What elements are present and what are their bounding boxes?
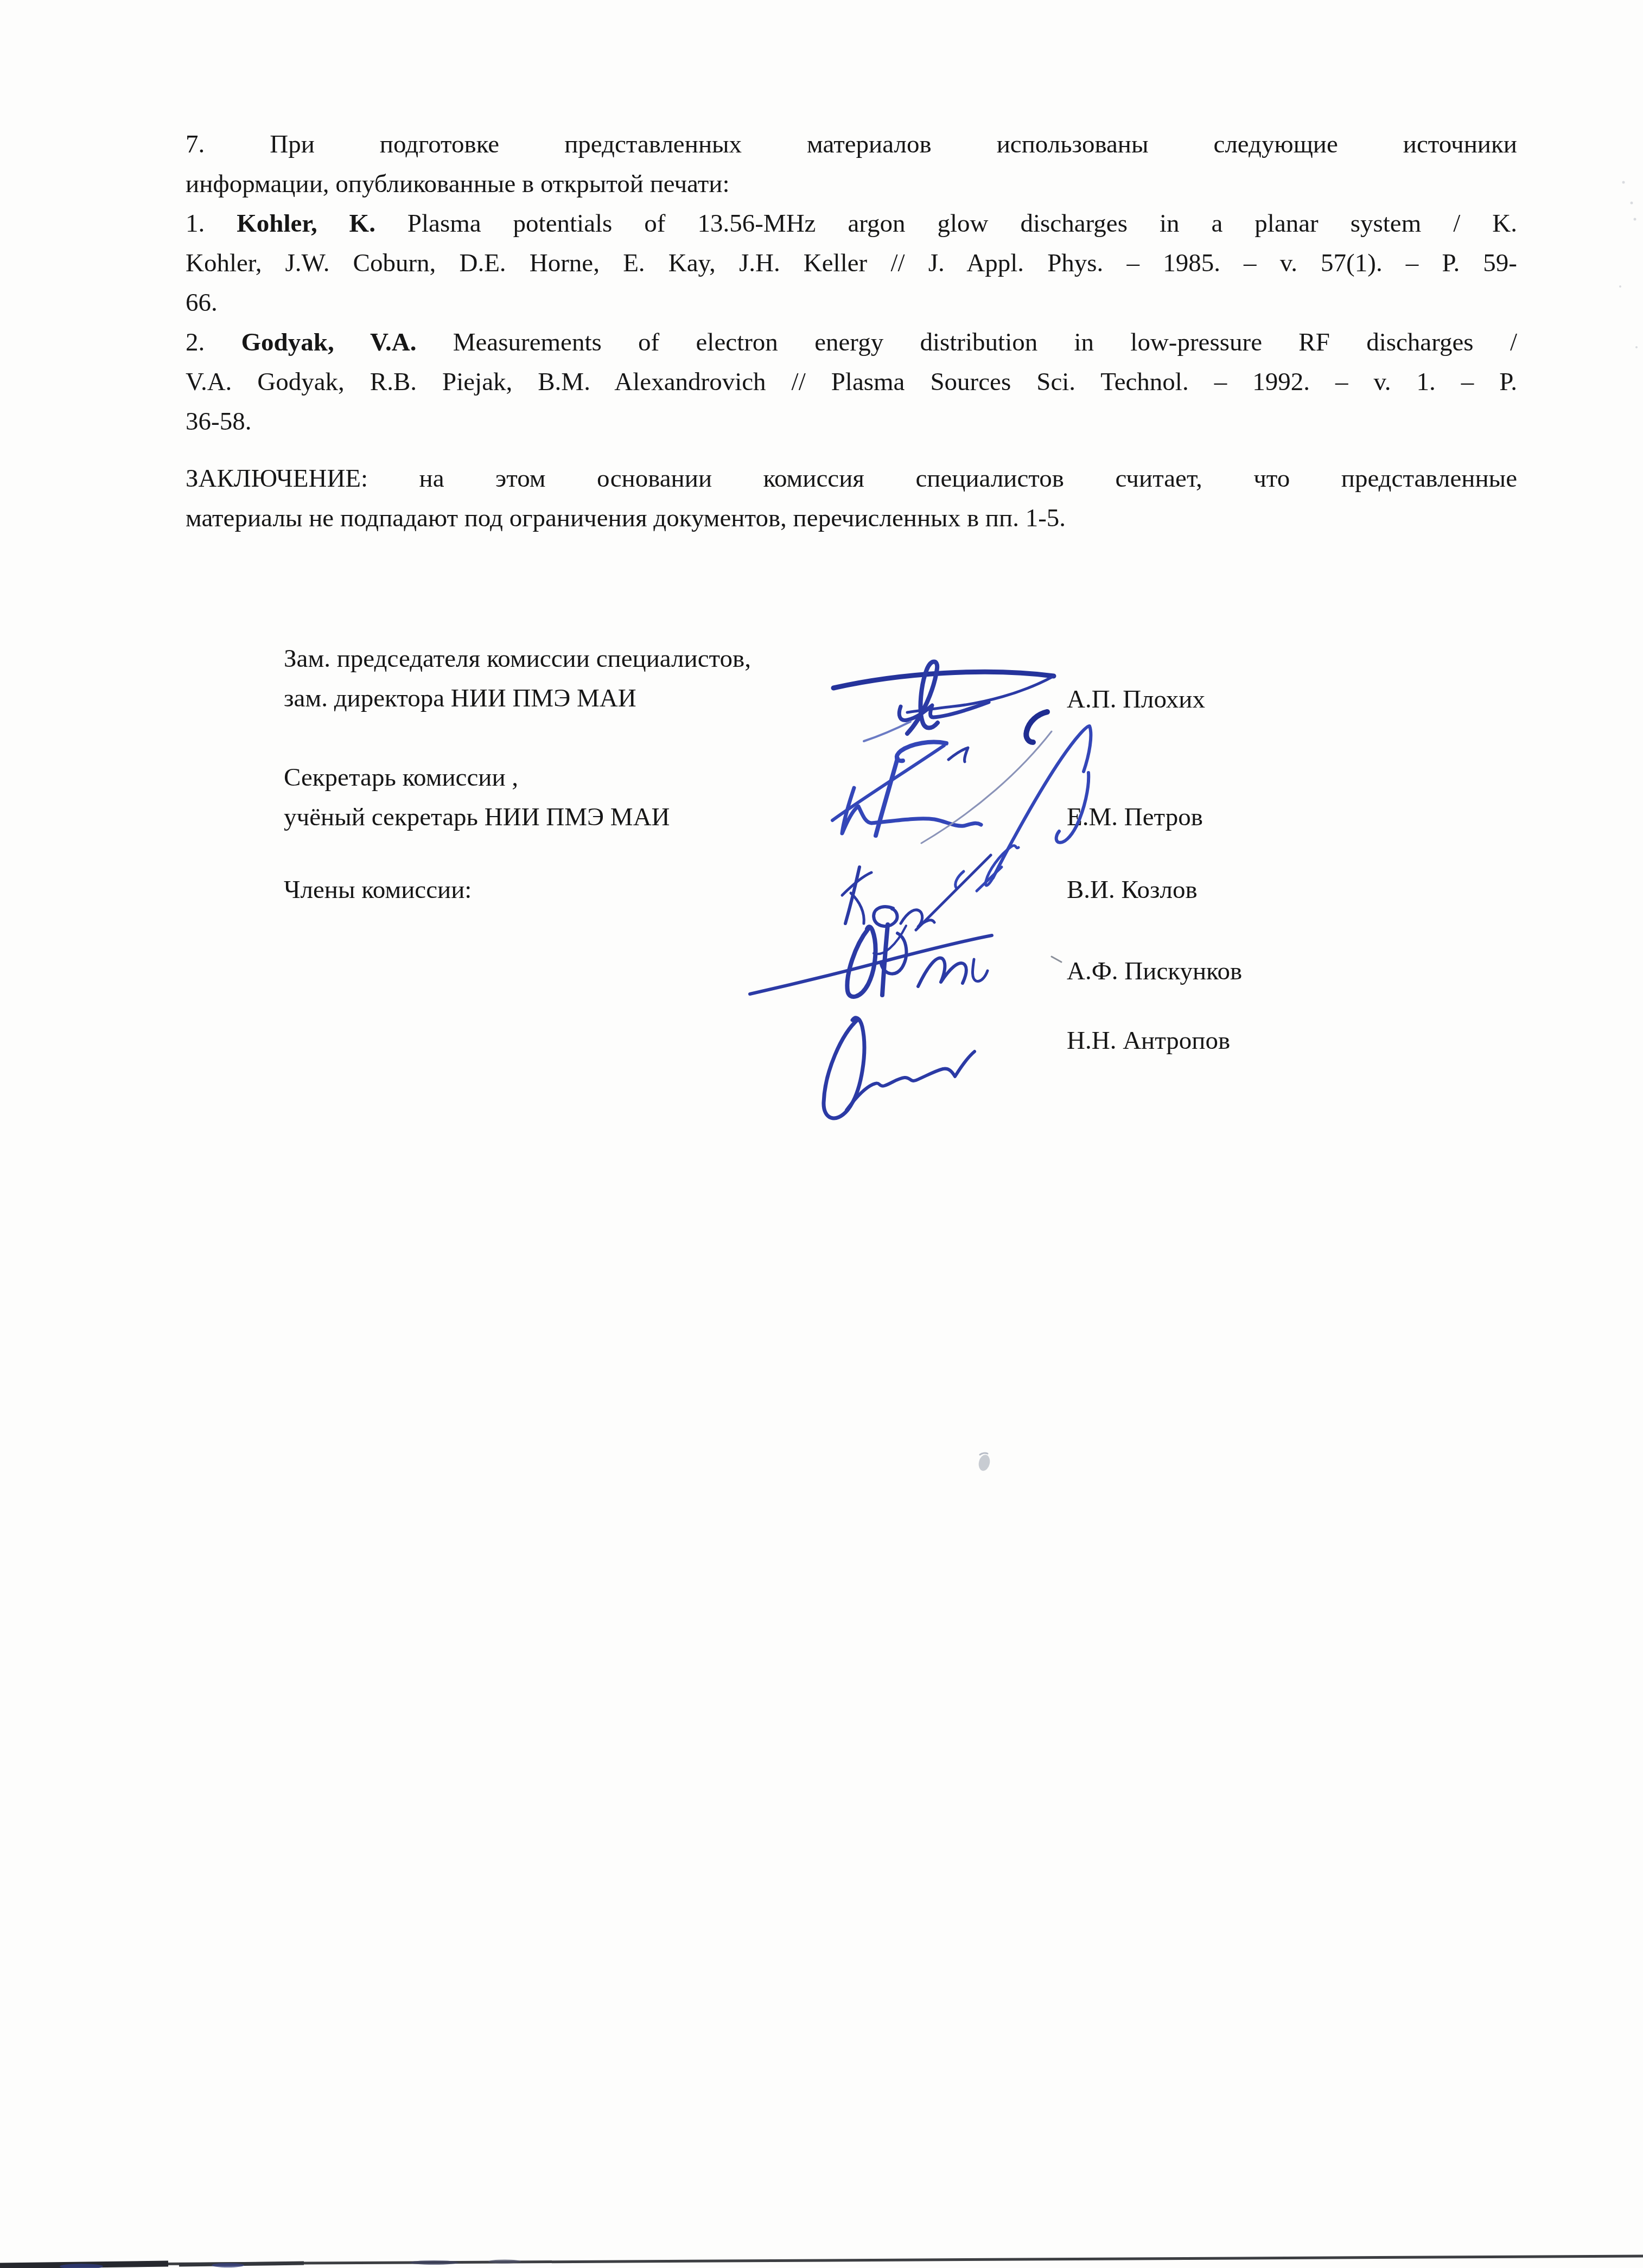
- paragraph-line: 7. При подготовке представленных материа…: [186, 125, 1517, 164]
- small-speck: [1052, 957, 1061, 962]
- reference-number: 1.: [186, 209, 237, 238]
- conclusion-paragraph: ЗАКЛЮЧЕНИЕ: на этом основании комиссия с…: [186, 459, 1517, 538]
- reference-authors: Kohler, K.: [237, 209, 375, 238]
- reference-number: 2.: [186, 328, 241, 356]
- role-line: зам. директора НИИ ПМЭ МАИ: [284, 679, 751, 718]
- reference-1-line-2: Kohler, J.W. Coburn, D.E. Horne, E. Kay,…: [186, 244, 1517, 283]
- scanned-document-page: 7. При подготовке представленных материа…: [0, 0, 1643, 2268]
- signature-kozlov-ink: [842, 855, 991, 954]
- signer-role-secretary: Секретарь комиссии , учёный секретарь НИ…: [284, 758, 670, 837]
- signer-name-plokhikh: А.П. Плохих: [1067, 680, 1205, 719]
- reference-text: Measurements of electron energy distribu…: [416, 328, 1517, 356]
- reference-2-line-2: V.A. Godyak, R.B. Piejak, B.M. Alexandro…: [186, 362, 1517, 402]
- signature-plokhikh-ink: [833, 662, 1054, 762]
- signer-role-deputy-chairman: Зам. председателя комиссии специалистов,…: [284, 639, 751, 718]
- conclusion-line-2: материалы не подпадают под ограничения д…: [186, 499, 1517, 538]
- signer-name-kozlov: В.И. Козлов: [1067, 870, 1198, 910]
- reference-authors: Godyak, V.A.: [241, 328, 417, 356]
- references-paragraph: 7. При подготовке представленных материа…: [186, 125, 1517, 442]
- role-line: учёный секретарь НИИ ПМЭ МАИ: [284, 798, 670, 837]
- signature-antropov-ink: [824, 1018, 975, 1118]
- signer-name-antropov: Н.Н. Антропов: [1067, 1021, 1230, 1061]
- conclusion-line-1: ЗАКЛЮЧЕНИЕ: на этом основании комиссия с…: [186, 459, 1517, 499]
- role-line: Члены комиссии:: [284, 870, 472, 910]
- role-line: Секретарь комиссии ,: [284, 758, 670, 798]
- paragraph-line: информации, опубликованные в открытой пе…: [186, 164, 1517, 204]
- reference-2-line-1: 2. Godyak, V.A. Measurements of electron…: [186, 323, 1517, 362]
- role-line: Зам. председателя комиссии специалистов,: [284, 639, 751, 679]
- signer-name-petrov: Е.М. Петров: [1067, 798, 1203, 837]
- signature-piskunkov-ink: [750, 925, 992, 997]
- gray-smudge: [977, 1453, 991, 1472]
- reference-2-line-3: 36-58.: [186, 402, 1517, 442]
- reference-1-line-3: 66.: [186, 283, 1517, 323]
- scan-bottom-edge: [0, 2256, 1643, 2268]
- signer-role-members: Члены комиссии:: [284, 870, 472, 910]
- signer-name-piskunkov: А.Ф. Пискунков: [1067, 952, 1242, 991]
- reference-text: Plasma potentials of 13.56-MHz argon glo…: [375, 209, 1517, 238]
- reference-1-line-1: 1. Kohler, K. Plasma potentials of 13.56…: [186, 204, 1517, 244]
- signature-petrov-ink: [832, 726, 1091, 891]
- edge-specks: [1619, 181, 1638, 349]
